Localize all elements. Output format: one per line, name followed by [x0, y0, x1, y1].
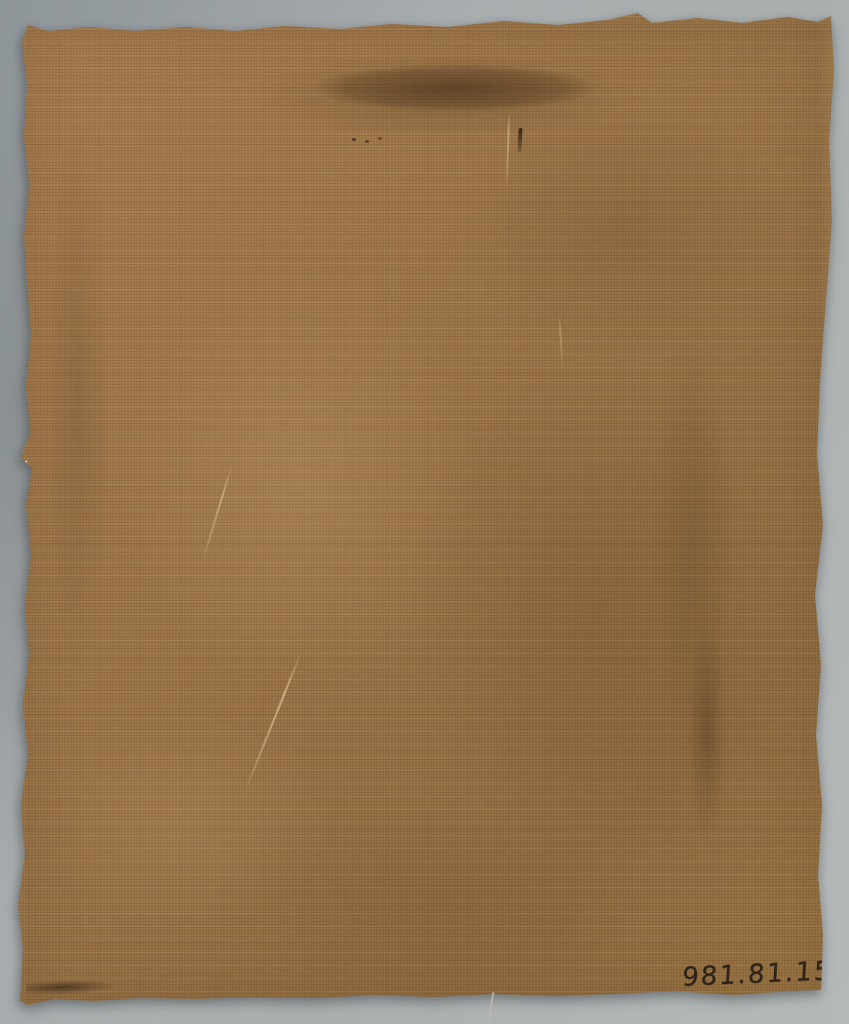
accession-number: 981.81.154 — [681, 955, 849, 992]
fabric-edge-highlight — [0, 0, 849, 1024]
scratch-mark — [506, 110, 511, 188]
fabric-stains-shading — [0, 0, 849, 1024]
small-dark-mark — [517, 128, 522, 152]
loose-thread-curl — [13, 448, 30, 467]
fabric-drop-shadow: 981.81.154 — [0, 0, 849, 1024]
fabric-weave-texture — [0, 0, 849, 1024]
ink-specks — [352, 138, 356, 141]
scratch-mark — [201, 466, 232, 562]
photo-backdrop: 981.81.154 — [0, 0, 849, 1024]
scratch-mark — [244, 651, 303, 793]
fabric-panel: 981.81.154 — [0, 0, 849, 1024]
bottom-left-smudge — [26, 978, 116, 995]
scratch-mark — [558, 315, 564, 370]
